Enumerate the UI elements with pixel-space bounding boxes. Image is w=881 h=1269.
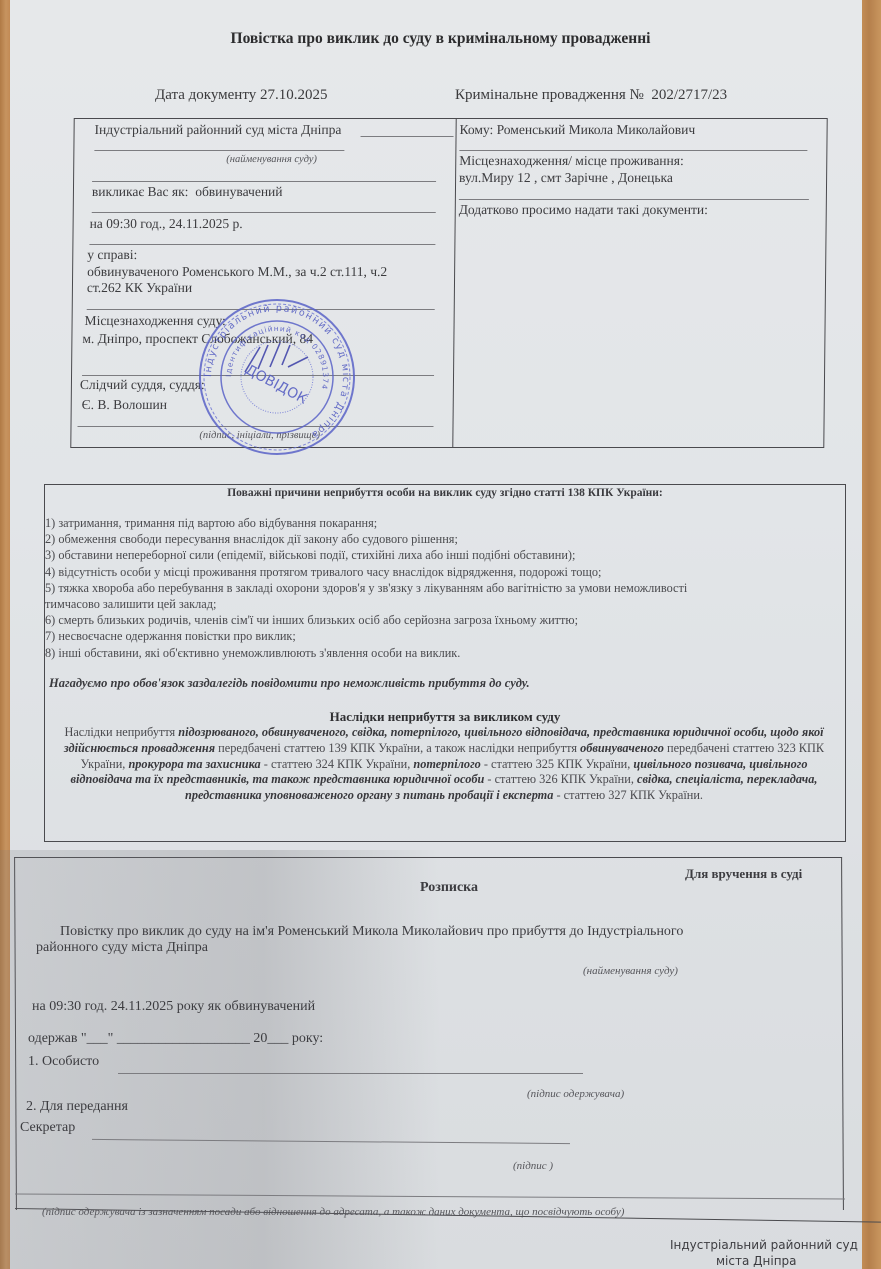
court-location-label: Місцезнаходження суду:	[85, 313, 226, 329]
emphasized-party: потерпілого	[413, 757, 480, 771]
calls-as: викликає Вас як: обвинувачений	[92, 184, 283, 200]
reasons-list: 1) затримання, тримання під вартою або в…	[45, 515, 835, 661]
secretary-label: Секретар	[20, 1120, 75, 1136]
emphasized-party: обвинуваченого	[580, 741, 664, 755]
separator-line	[89, 244, 435, 245]
column-divider	[452, 119, 456, 447]
calls-as-label: викликає Вас як:	[92, 184, 189, 199]
reminder-note: Нагадуємо про обов'язок заздалегідь пові…	[49, 676, 530, 691]
judge-name: Є. В. Волошин	[82, 397, 167, 413]
recipient-label: Кому:	[460, 122, 494, 137]
court-name-line-2	[94, 150, 344, 151]
transfer-label: 2. Для передання	[26, 1099, 128, 1115]
footer-court-line-1: Індустріальний районний суд	[670, 1238, 858, 1252]
signature-caption: (підпис, ініціали, прізвище)	[199, 430, 320, 441]
emphasized-party: прокурора та захисника	[128, 757, 260, 771]
receipt-text-line-1: Повістку про виклик до суду на ім'я Роме…	[60, 924, 683, 940]
hearing-time: на 09:30 год., 24.11.2025 р.	[90, 216, 243, 232]
separator-line	[92, 181, 436, 182]
consequence-text: - статтею 327 КПК України.	[553, 788, 703, 802]
secretary-signature-caption: (підпис )	[513, 1160, 553, 1172]
calls-as-value: обвинувачений	[195, 184, 282, 199]
personal-signature-field[interactable]	[118, 1073, 583, 1074]
reasons-heading: Поважні причини неприбуття особи на викл…	[45, 487, 845, 499]
recipient: Кому: Роменський Микола Миколайович	[460, 122, 696, 138]
reason-item: 2) обмеження свободи пересування внаслід…	[45, 531, 835, 547]
court-name-caption: (найменування суду)	[226, 154, 317, 165]
document-title: Повістка про виклик до суду в кримінальн…	[0, 30, 881, 48]
recipient-name: Роменський Микола Миколайович	[497, 122, 696, 137]
date-value: 27.10.2025	[260, 87, 328, 103]
separator-line	[92, 212, 436, 213]
bottom-caption: (підпис одержувача із зазначенням посади…	[42, 1206, 624, 1218]
case-number: Кримінальне провадження № 202/2717/23	[455, 87, 727, 104]
extra-documents-label: Додатково просимо надати такі документи:	[459, 202, 708, 218]
receipt-court-caption: (найменування суду)	[583, 965, 678, 977]
receipt-title: Розписка	[420, 880, 478, 896]
separator-line	[82, 375, 434, 376]
reason-item: 1) затримання, тримання під вартою або в…	[45, 515, 835, 531]
court-name: Індустріальний районний суд міста Дніпра	[95, 122, 342, 138]
residence-value: вул.Миру 12 , смт Зарічне , Донецька	[459, 170, 673, 186]
received-date-line[interactable]: одержав "___" ___________________ 20___ …	[28, 1031, 323, 1047]
reason-item: 5) тяжка хвороба або перебування в закла…	[45, 580, 835, 596]
case-label: Кримінальне провадження №	[455, 87, 644, 103]
reason-item: 6) смерть близьких родичів, членів сім'ї…	[45, 612, 835, 628]
signature-line	[77, 426, 433, 427]
receipt-text-line-2: районного суду міста Дніпра	[36, 940, 208, 956]
date-label: Дата документу	[155, 87, 256, 103]
reason-item: 8) інші обставини, які об'єктивно унемож…	[45, 645, 835, 661]
case-matter-line-1: обвинуваченого Роменського М.М., за ч.2 …	[87, 264, 387, 280]
residence-label: Місцезнаходження/ місце проживання:	[459, 153, 684, 169]
valid-reasons-box: Поважні причини неприбуття особи на викл…	[44, 484, 846, 842]
consequences-text: Наслідки неприбуття підозрюваного, обвин…	[49, 725, 839, 804]
consequence-text: Наслідки неприбуття	[64, 725, 178, 739]
judge-label: Слідчий суддя, суддя:	[80, 377, 205, 393]
reason-item: 7) несвоєчасне одержання повістки про ви…	[45, 628, 835, 644]
separator-line	[87, 309, 435, 310]
consequence-text: - статтею 326 КПК України,	[484, 772, 637, 786]
case-value: 202/2717/23	[651, 87, 727, 103]
delivery-note: Для вручення в суді	[685, 866, 802, 882]
reason-item: тимчасово залишити цей заклад;	[45, 596, 835, 612]
consequences-heading: Наслідки неприбуття за викликом суду	[45, 709, 845, 725]
reason-item: 4) відсутність особи у місці проживання …	[45, 564, 835, 580]
court-name-line	[361, 136, 454, 137]
separator-line	[459, 150, 807, 151]
reason-item: 3) обставини непереборної сили (епідемії…	[45, 547, 835, 563]
consequence-text: - статтею 324 КПК України,	[261, 757, 414, 771]
case-matter-label: у справі:	[87, 247, 137, 263]
summons-box: Індустріальний районний суд міста Дніпра…	[70, 118, 827, 448]
recipient-signature-caption: (підпис одержувача)	[527, 1088, 624, 1100]
consequence-text: - статтею 325 КПК України,	[481, 757, 634, 771]
separator-line	[459, 199, 809, 200]
case-matter-line-2: ст.262 КК України	[87, 280, 192, 296]
footer-court-line-2: міста Дніпра	[716, 1254, 797, 1268]
receipt-time-line: на 09:30 год. 24.11.2025 року як обвинув…	[32, 999, 315, 1015]
document-date: Дата документу 27.10.2025	[155, 87, 327, 104]
consequence-text: передбачені статтею 139 КПК України, а т…	[215, 741, 580, 755]
court-location-value: м. Дніпро, проспект Слобожанський, 84	[82, 331, 313, 347]
personally-label: 1. Особисто	[28, 1054, 99, 1070]
